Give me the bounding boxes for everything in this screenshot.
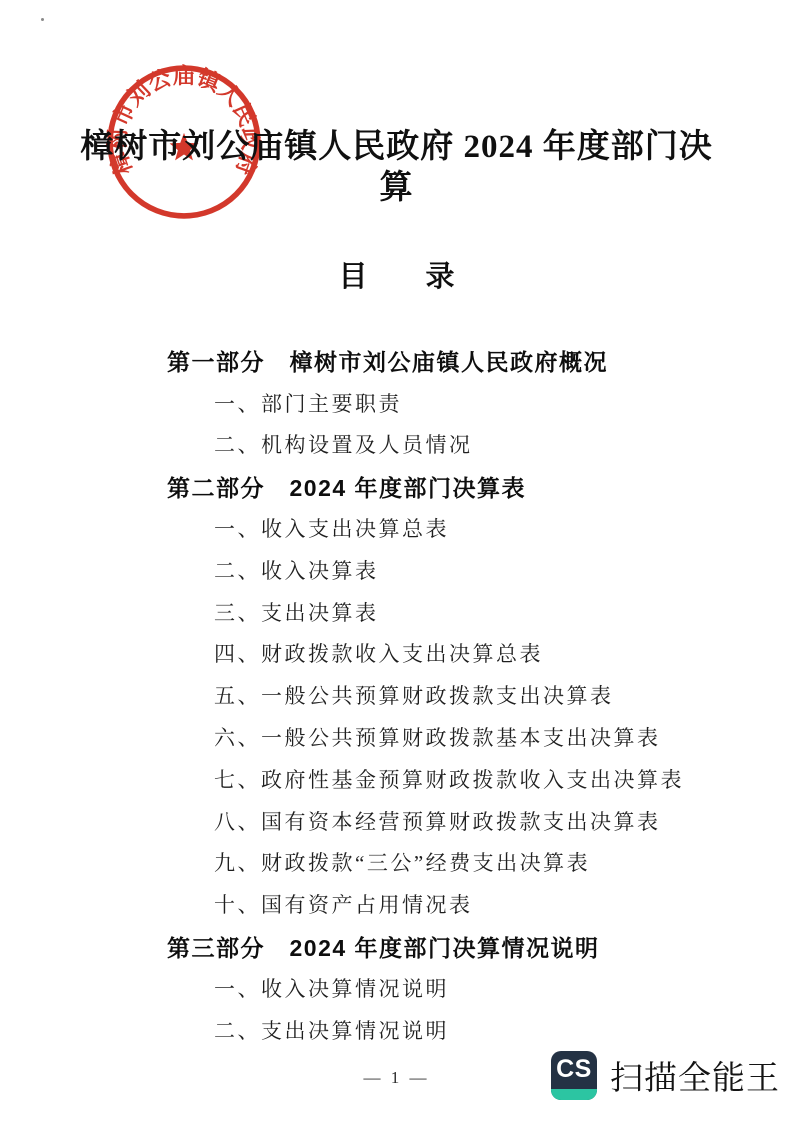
toc-item: 一、收入支出决算总表: [0, 507, 793, 549]
toc-label: 第三部分 2024 年度部门决算情况说明: [167, 930, 600, 963]
scan-artifact-dot: [41, 18, 44, 21]
toc-label: 三、支出决算表: [214, 597, 379, 627]
toc-label: 六、一般公共预算财政拨款基本支出决算表: [214, 722, 661, 752]
toc-label: 八、国有资本经营预算财政拨款支出决算表: [214, 806, 661, 836]
toc-label: 九、财政拨款“三公”经费支出决算表: [214, 847, 590, 877]
camscanner-logo-strip: [551, 1089, 597, 1100]
toc-item: 二、支出决算情况说明: [0, 1009, 793, 1051]
toc-label: 七、政府性基金预算财政拨款收入支出决算表: [214, 764, 684, 794]
toc-item: 十、国有资产占用情况表: [0, 883, 793, 925]
toc-item: 七、政府性基金预算财政拨款收入支出决算表: [0, 758, 793, 800]
toc-label: 一、收入决算情况说明: [214, 973, 449, 1003]
toc-item: 四、财政拨款收入支出决算总表: [0, 633, 793, 675]
toc-item: 一、部门主要职责: [0, 382, 793, 424]
toc-item: 五、一般公共预算财政拨款支出决算表: [0, 674, 793, 716]
toc-label: 第二部分 2024 年度部门决算表: [167, 470, 526, 503]
toc-label: 二、支出决算情况说明: [214, 1015, 449, 1045]
toc-label: 一、部门主要职责: [214, 388, 402, 418]
toc-label: 四、财政拨款收入支出决算总表: [214, 638, 543, 668]
toc-part-heading: 第三部分 2024 年度部门决算情况说明: [0, 925, 793, 967]
table-of-contents: 第一部分 樟树市刘公庙镇人民政府概况一、部门主要职责二、机构设置及人员情况第二部…: [0, 340, 793, 1051]
toc-label: 一、收入支出决算总表: [214, 513, 449, 543]
toc-item: 一、收入决算情况说明: [0, 967, 793, 1009]
scanned-document-page: 樟树市刘公庙镇人民政府 樟树市刘公庙镇人民政府 2024 年度部门决 算 目 录…: [0, 0, 793, 1132]
toc-label: 二、机构设置及人员情况: [214, 429, 473, 459]
toc-item: 九、财政拨款“三公”经费支出决算表: [0, 842, 793, 884]
toc-item: 八、国有资本经营预算财政拨款支出决算表: [0, 800, 793, 842]
toc-item: 二、收入决算表: [0, 549, 793, 591]
toc-part-heading: 第二部分 2024 年度部门决算表: [0, 465, 793, 507]
camscanner-watermark: CS 扫描全能王: [551, 1051, 780, 1100]
toc-heading: 目 录: [0, 254, 793, 295]
camscanner-brand-text: 扫描全能王: [610, 1052, 780, 1099]
toc-label: 十、国有资产占用情况表: [214, 889, 473, 919]
toc-item: 二、机构设置及人员情况: [0, 424, 793, 466]
camscanner-logo-letters: CS: [551, 1051, 597, 1088]
toc-item: 三、支出决算表: [0, 591, 793, 633]
document-title: 樟树市刘公庙镇人民政府 2024 年度部门决 算: [0, 127, 793, 209]
toc-label: 第一部分 樟树市刘公庙镇人民政府概况: [167, 344, 608, 377]
camscanner-logo-icon: CS: [551, 1051, 597, 1100]
toc-label: 五、一般公共预算财政拨款支出决算表: [214, 680, 614, 710]
toc-item: 六、一般公共预算财政拨款基本支出决算表: [0, 716, 793, 758]
toc-label: 二、收入决算表: [214, 555, 379, 585]
toc-part-heading: 第一部分 樟树市刘公庙镇人民政府概况: [0, 340, 793, 382]
